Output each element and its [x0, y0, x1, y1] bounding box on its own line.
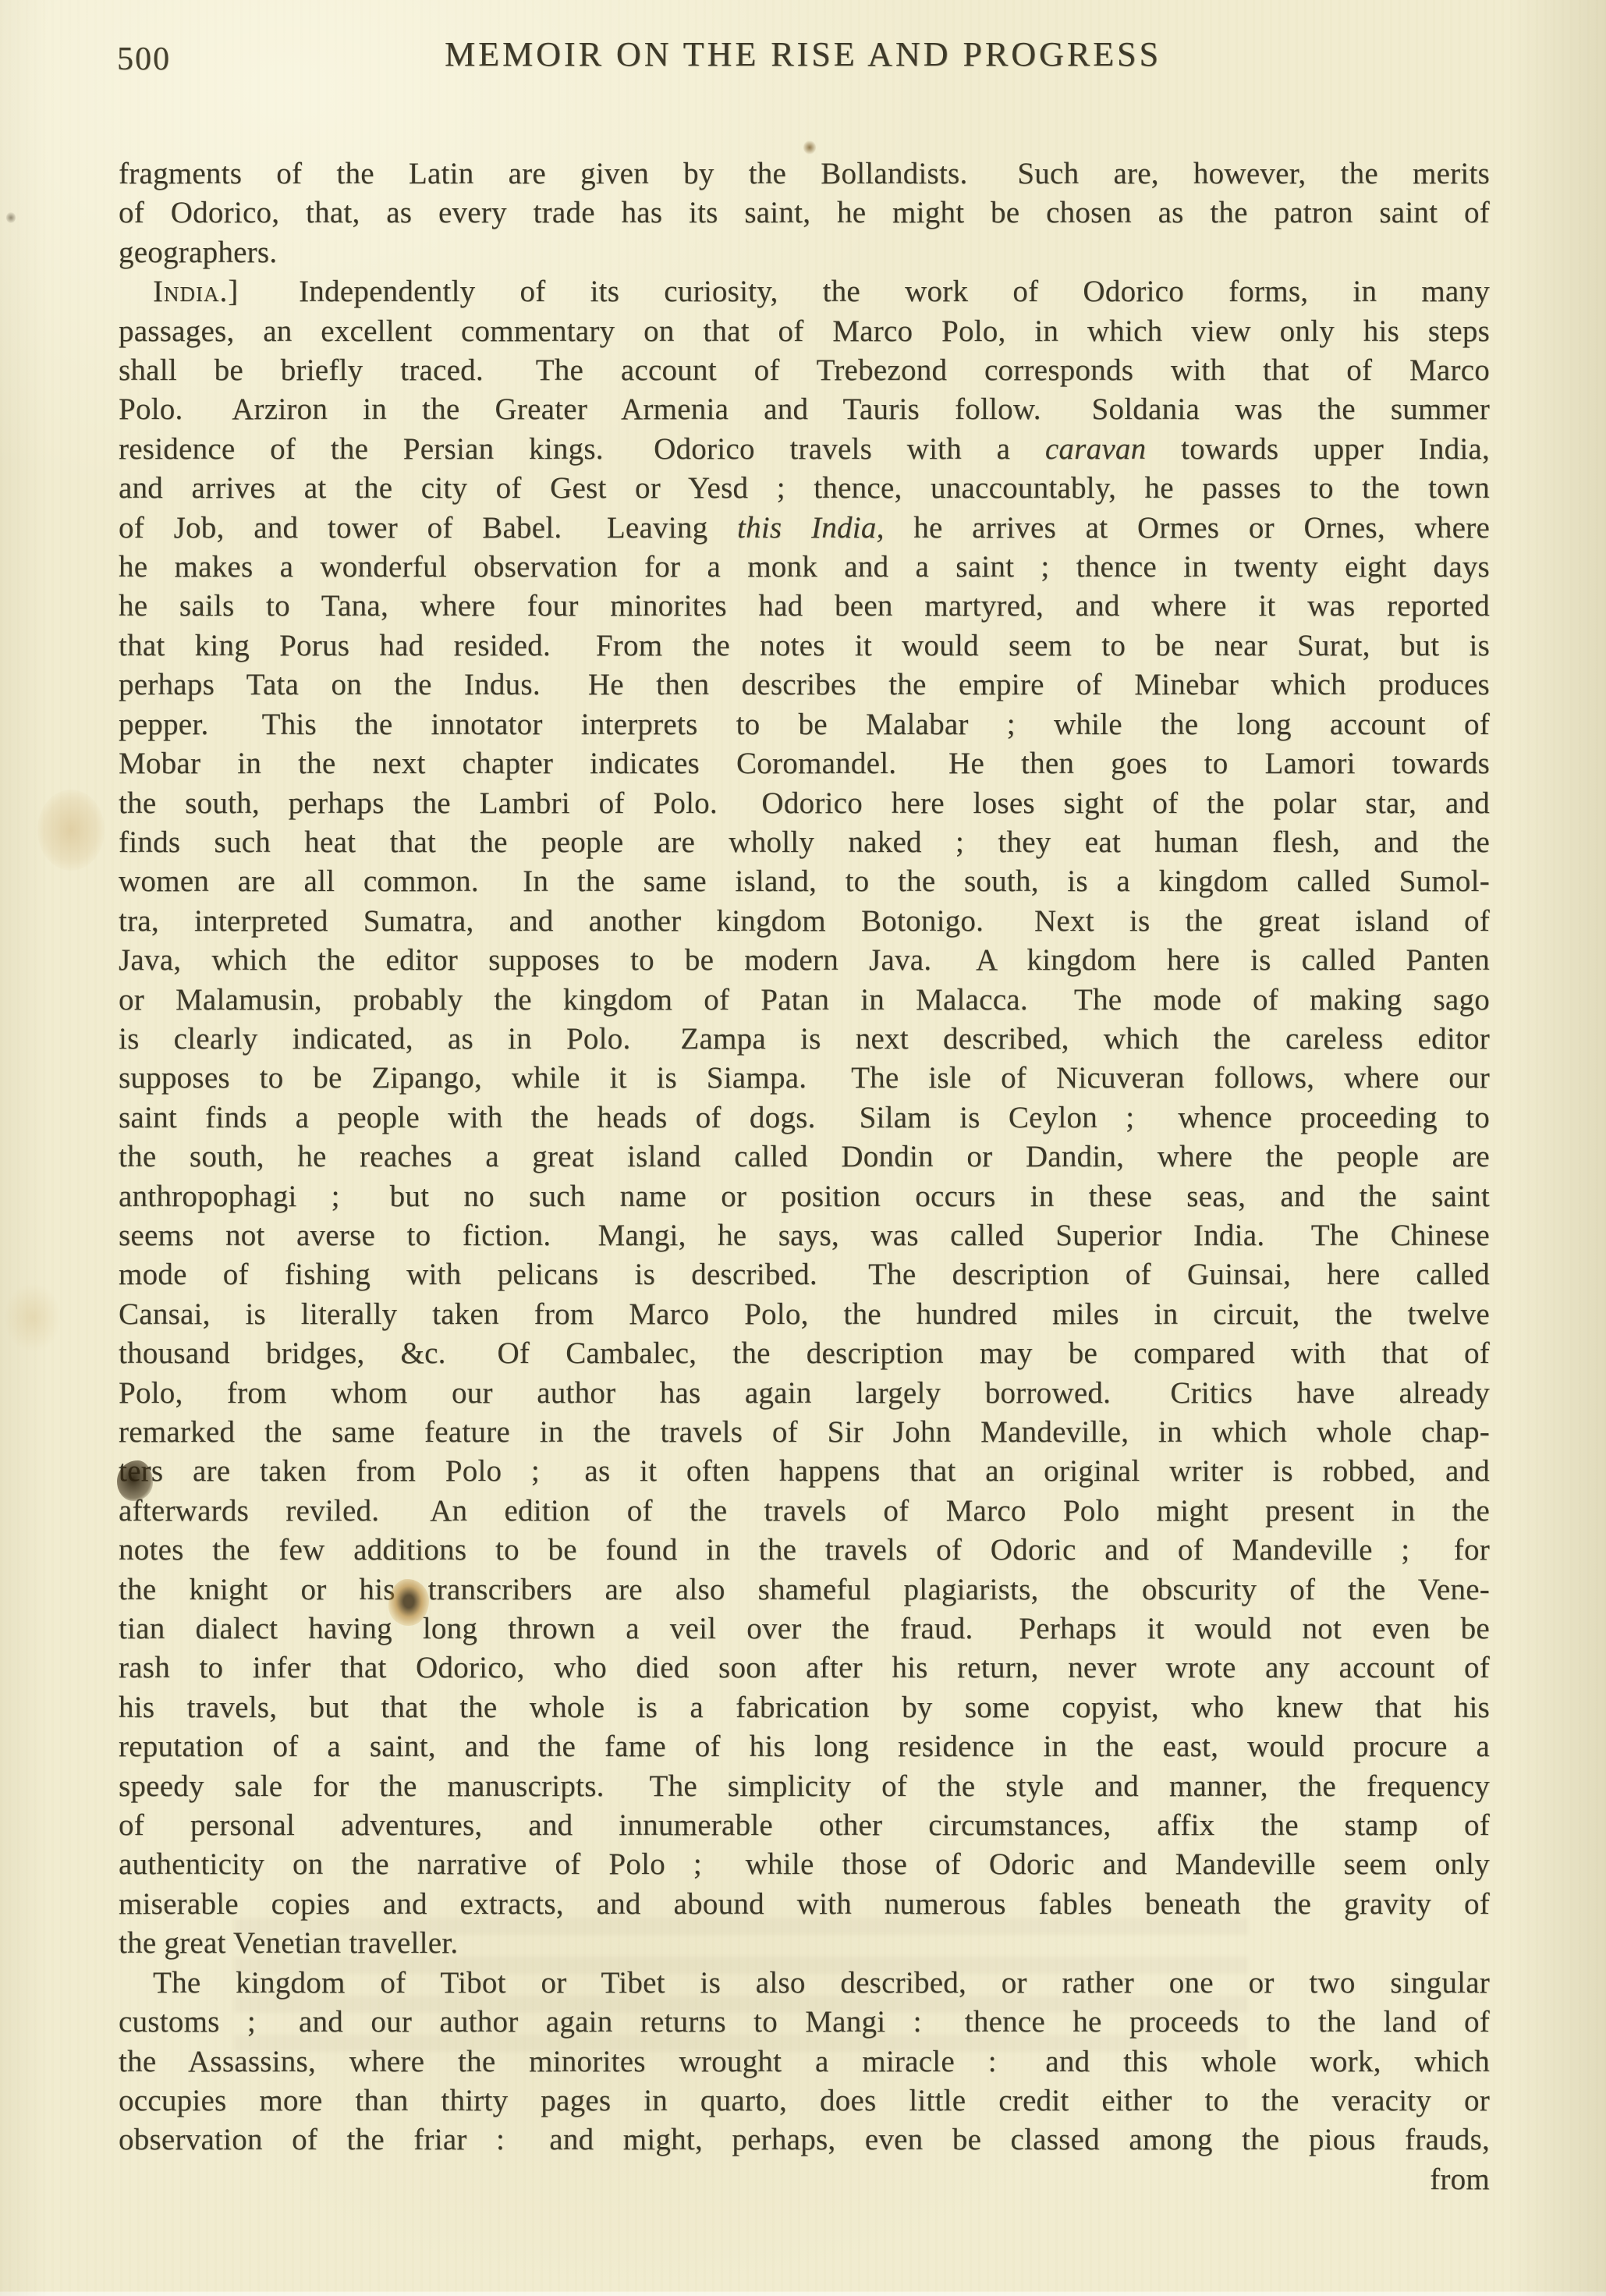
- text-line: of personal adventures, and innumerable …: [119, 1806, 1490, 1845]
- body-text-segment: the Assassins, where the minorites wroug…: [119, 2045, 1490, 2078]
- body-text-segment: of Job, and tower of Babel. Leaving: [119, 511, 737, 545]
- body-text-segment: his travels, but that the whole is a fab…: [119, 1691, 1490, 1724]
- body-text-segment: perhaps Tata on the Indus. He then descr…: [119, 668, 1490, 701]
- body-text-segment: the knight or his transcribers are also …: [119, 1573, 1490, 1606]
- text-line: tra, interpreted Sumatra, and another ki…: [119, 902, 1490, 941]
- text-line: Cansai, is literally taken from Marco Po…: [119, 1295, 1490, 1334]
- body-text: fragments of the Latin are given by the …: [119, 154, 1490, 2199]
- text-line: supposes to be Zipango, while it is Siam…: [119, 1059, 1490, 1098]
- body-text-segment: or Malamusin, probably the kingdom of Pa…: [119, 983, 1490, 1017]
- body-text-segment: women are all common. In the same island…: [119, 864, 1490, 898]
- text-line: the south, perhaps the Lambri of Polo. O…: [119, 784, 1490, 823]
- body-text-segment: supposes to be Zipango, while it is Siam…: [119, 1061, 1490, 1095]
- body-text-segment: Cansai, is literally taken from Marco Po…: [119, 1297, 1490, 1331]
- body-text-segment: miserable copies and extracts, and aboun…: [119, 1887, 1490, 1921]
- body-text-segment: tra, interpreted Sumatra, and another ki…: [119, 904, 1490, 938]
- text-line: finds such heat that the people are whol…: [119, 823, 1490, 862]
- text-line: Polo. Arziron in the Greater Armenia and…: [119, 390, 1490, 429]
- body-text-segment: seems not averse to fiction. Mangi, he s…: [119, 1219, 1490, 1252]
- italic-text: caravan: [1045, 432, 1147, 466]
- body-text-segment: Polo, from whom our author has again lar…: [119, 1376, 1490, 1410]
- text-line: and arrives at the city of Gest or Yesd …: [119, 469, 1490, 508]
- text-line: reputation of a saint, and the fame of h…: [119, 1727, 1490, 1766]
- margin-speck-stain: [6, 212, 16, 223]
- text-line: the knight or his transcribers are also …: [119, 1570, 1490, 1609]
- body-text-segment: the south, he reaches a great island cal…: [119, 1140, 1490, 1173]
- text-line: ters are taken from Polo ; as it often h…: [119, 1452, 1490, 1491]
- body-text-segment: pepper. This the innotator interprets to…: [119, 708, 1490, 741]
- body-text-segment: Java, which the editor supposes to be mo…: [119, 943, 1490, 977]
- text-line: shall be briefly traced. The account of …: [119, 351, 1490, 390]
- body-text-segment: rash to infer that Odorico, who died soo…: [119, 1651, 1490, 1684]
- ink-dot-stain: [803, 140, 816, 154]
- body-text-segment: towards upper India,: [1146, 432, 1490, 466]
- body-text-segment: geographers.: [119, 236, 277, 269]
- text-line: residence of the Persian kings. Odorico …: [119, 430, 1490, 469]
- text-line: women are all common. In the same island…: [119, 862, 1490, 901]
- text-line: the Assassins, where the minorites wroug…: [119, 2042, 1490, 2081]
- body-text-segment: shall be briefly traced. The account of …: [119, 353, 1490, 387]
- book-page-scan: 500 MEMOIR ON THE RISE AND PROGRESS frag…: [0, 0, 1606, 2296]
- text-line: occupies more than thirty pages in quart…: [119, 2081, 1490, 2120]
- text-line: he sails to Tana, where four minorites h…: [119, 587, 1490, 626]
- body-text-segment: he makes a wonderful observation for a m…: [119, 550, 1490, 584]
- text-line: mode of fishing with pelicans is describ…: [119, 1255, 1490, 1294]
- text-line: his travels, but that the whole is a fab…: [119, 1688, 1490, 1727]
- text-line: from: [119, 2160, 1490, 2199]
- text-line: pepper. This the innotator interprets to…: [119, 705, 1490, 744]
- text-line: geographers.: [119, 233, 1490, 272]
- text-line: seems not averse to fiction. Mangi, he s…: [119, 1216, 1490, 1255]
- text-line: anthropophagi ; but no such name or posi…: [119, 1177, 1490, 1216]
- body-text-segment: passages, an excellent commentary on tha…: [119, 314, 1490, 348]
- body-text-segment: observation of the friar : and might, pe…: [119, 2123, 1490, 2156]
- italic-text: this India,: [737, 511, 885, 545]
- body-text-segment: saint finds a people with the heads of d…: [119, 1101, 1490, 1134]
- text-line: thousand bridges, &c. Of Cambalec, the d…: [119, 1334, 1490, 1373]
- text-line: miserable copies and extracts, and aboun…: [119, 1885, 1490, 1924]
- body-text-segment: Independently of its curiosity, the work…: [239, 275, 1490, 308]
- body-text-segment: he arrives at Ormes or Ornes, where: [885, 511, 1490, 545]
- running-header: MEMOIR ON THE RISE AND PROGRESS: [0, 34, 1606, 74]
- body-text-segment: mode of fishing with pelicans is describ…: [119, 1258, 1490, 1291]
- body-text-segment: finds such heat that the people are whol…: [119, 825, 1490, 859]
- text-line: that king Porus had resided. From the no…: [119, 626, 1490, 665]
- body-text-segment: afterwards reviled. An edition of the tr…: [119, 1494, 1490, 1528]
- smallcaps-text: India.]: [153, 275, 239, 308]
- text-line: is clearly indicated, as in Polo. Zampa …: [119, 1020, 1490, 1059]
- body-text-segment: speedy sale for the manuscripts. The sim…: [119, 1769, 1490, 1803]
- body-text-segment: thousand bridges, &c. Of Cambalec, the d…: [119, 1336, 1490, 1370]
- body-text-segment: authenticity on the narrative of Polo ; …: [119, 1847, 1490, 1881]
- body-text-segment: the great Venetian traveller.: [119, 1926, 458, 1960]
- text-line: The kingdom of Tibot or Tibet is also de…: [119, 1964, 1490, 2003]
- text-line: of Job, and tower of Babel. Leaving this…: [119, 509, 1490, 548]
- text-line: authenticity on the narrative of Polo ; …: [119, 1845, 1490, 1884]
- text-line: saint finds a people with the heads of d…: [119, 1098, 1490, 1137]
- body-text-segment: ters are taken from Polo ; as it often h…: [119, 1454, 1490, 1488]
- text-line: the great Venetian traveller.: [119, 1924, 1490, 1963]
- body-text-segment: remarked the same feature in the travels…: [119, 1415, 1490, 1449]
- body-text-segment: Polo. Arziron in the Greater Armenia and…: [119, 392, 1490, 426]
- text-line: he makes a wonderful observation for a m…: [119, 548, 1490, 587]
- body-text-segment: that king Porus had resided. From the no…: [119, 629, 1490, 662]
- body-text-segment: Mobar in the next chapter indicates Coro…: [119, 747, 1490, 780]
- text-line: perhaps Tata on the Indus. He then descr…: [119, 665, 1490, 704]
- text-line: remarked the same feature in the travels…: [119, 1413, 1490, 1452]
- body-text-segment: notes the few additions to be found in t…: [119, 1533, 1490, 1567]
- body-text-segment: of Odorico, that, as every trade has its…: [119, 196, 1490, 229]
- body-text-segment: residence of the Persian kings. Odorico …: [119, 432, 1045, 466]
- body-text-segment: fragments of the Latin are given by the …: [119, 157, 1490, 190]
- body-text-segment: of personal adventures, and innumerable …: [119, 1808, 1490, 1842]
- body-text-segment: the south, perhaps the Lambri of Polo. O…: [119, 786, 1490, 820]
- foxing-stain: [5, 1284, 61, 1351]
- body-text-segment: anthropophagi ; but no such name or posi…: [119, 1180, 1490, 1213]
- foxing-stain: [37, 790, 105, 871]
- text-line: speedy sale for the manuscripts. The sim…: [119, 1767, 1490, 1806]
- body-text-segment: reputation of a saint, and the fame of h…: [119, 1730, 1490, 1763]
- body-text-segment: customs ; and our author again returns t…: [119, 2005, 1490, 2039]
- text-line: or Malamusin, probably the kingdom of Pa…: [119, 981, 1490, 1020]
- body-text-segment: and arrives at the city of Gest or Yesd …: [119, 471, 1490, 505]
- text-line: notes the few additions to be found in t…: [119, 1531, 1490, 1570]
- text-line: observation of the friar : and might, pe…: [119, 2120, 1490, 2159]
- body-text-segment: occupies more than thirty pages in quart…: [119, 2084, 1490, 2117]
- text-line: rash to infer that Odorico, who died soo…: [119, 1648, 1490, 1687]
- body-text-segment: is clearly indicated, as in Polo. Zampa …: [119, 1022, 1490, 1056]
- text-line: the south, he reaches a great island cal…: [119, 1137, 1490, 1176]
- text-line: Polo, from whom our author has again lar…: [119, 1374, 1490, 1413]
- text-line: India.] Independently of its curiosity, …: [119, 272, 1490, 311]
- text-line: tian dialect having long thrown a veil o…: [119, 1609, 1490, 1648]
- body-text-segment: he sails to Tana, where four minorites h…: [119, 589, 1490, 623]
- body-text-segment: from: [1430, 2163, 1490, 2196]
- text-line: Java, which the editor supposes to be mo…: [119, 941, 1490, 980]
- body-text-segment: tian dialect having long thrown a veil o…: [119, 1612, 1490, 1645]
- text-line: fragments of the Latin are given by the …: [119, 154, 1490, 193]
- text-line: Mobar in the next chapter indicates Coro…: [119, 744, 1490, 783]
- text-line: passages, an excellent commentary on tha…: [119, 312, 1490, 351]
- text-line: customs ; and our author again returns t…: [119, 2003, 1490, 2042]
- text-line: afterwards reviled. An edition of the tr…: [119, 1492, 1490, 1531]
- body-text-segment: The kingdom of Tibot or Tibet is also de…: [153, 1966, 1490, 2000]
- text-line: of Odorico, that, as every trade has its…: [119, 193, 1490, 232]
